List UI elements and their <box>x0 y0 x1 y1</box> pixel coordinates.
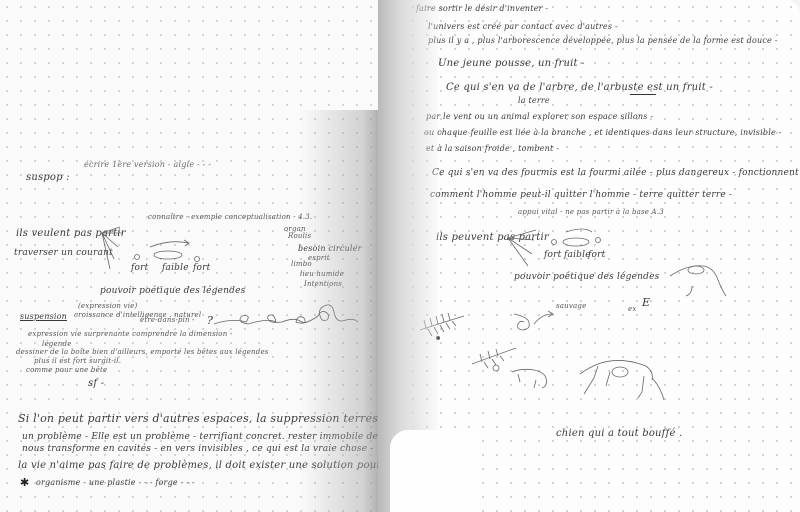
concept-caption: pouvoir poétique des légendes <box>100 286 245 296</box>
spiral-sketch <box>508 308 568 338</box>
concept-caption: pouvoir poétique des légendes <box>514 272 659 282</box>
suspension-line: être-dans-pin - <box>140 316 195 324</box>
sketch-label-spiral: sauvage <box>556 302 586 310</box>
text-line: Une jeune pousse, un fruit - <box>438 58 585 69</box>
suspension-line: légende <box>42 340 72 348</box>
suspension-heading: suspension <box>20 312 67 321</box>
text-line: la terre <box>518 96 550 105</box>
text-line: Ce qui s'en va des fourmis est la fourmi… <box>432 168 800 178</box>
sketch-label-letter: E <box>642 296 650 309</box>
diagram-label-strong-left: fort <box>131 263 148 273</box>
text-line: comment l'homme peut-il quitter l'homme … <box>430 190 732 200</box>
bird-eye-sketch <box>668 260 738 300</box>
text-line: plus il y a , plus l'arborescence dévelo… <box>428 36 778 45</box>
footer-note: organisme - une plastie - - - forge - - … <box>36 478 195 487</box>
diagram-label-weak: faible <box>564 250 591 260</box>
text-line: ou chaque feuille est liée à la branche … <box>424 128 782 137</box>
suspension-line: (expression vie) <box>78 302 137 310</box>
page-curl-shadow <box>300 110 380 512</box>
diagram-label-strong-left: fort <box>544 250 561 260</box>
suspension-line: expression vie surprenante comprendre la… <box>28 330 232 338</box>
underline-mark <box>630 94 656 95</box>
sketch-caption: chien qui a tout bouffé . <box>556 428 682 439</box>
suspension-line: plus il est fort surgit-il. <box>34 357 121 365</box>
sketch-label-prefix: ex <box>628 305 637 313</box>
notebook-spread: suspop : écrire 1ère version - algie - -… <box>0 0 800 512</box>
header-note: écrire 1ère version - algie - - - <box>84 160 211 169</box>
diagram-label-strong-right: fort <box>193 263 210 273</box>
radiating-lines-sketch <box>100 225 220 285</box>
diagram-label-weak: faible <box>162 263 189 273</box>
suspension-line: dessiner de la boîte bien d'ailleurs, em… <box>16 348 269 356</box>
text-line: Ce qui s'en va de l'arbre, de l'arbuste … <box>446 82 713 93</box>
header-label: suspop : <box>26 172 70 183</box>
diagram-label-strong-right: fort <box>588 250 605 260</box>
text-line: et à la saison froide , tombent - <box>426 144 559 153</box>
concept-annotation: connaître - exemple conceptualisation - … <box>148 213 312 221</box>
page-edge <box>390 430 480 512</box>
concept-annotation: appui vital - ne pas partir à la base A.… <box>518 208 664 216</box>
suspension-line: comme pour une bête <box>26 366 107 374</box>
glyph-mark: sf - <box>88 378 104 389</box>
left-page: suspop : écrire 1ère version - algie - -… <box>0 0 380 512</box>
animal-sketches <box>470 348 680 410</box>
concept-subtitle: traverser un courant <box>14 248 113 258</box>
text-line: l'univers est créé par contact avec d'au… <box>428 22 618 31</box>
text-line: par le vent ou un animal explorer son es… <box>426 112 653 121</box>
star-icon: ✱ <box>20 476 29 489</box>
